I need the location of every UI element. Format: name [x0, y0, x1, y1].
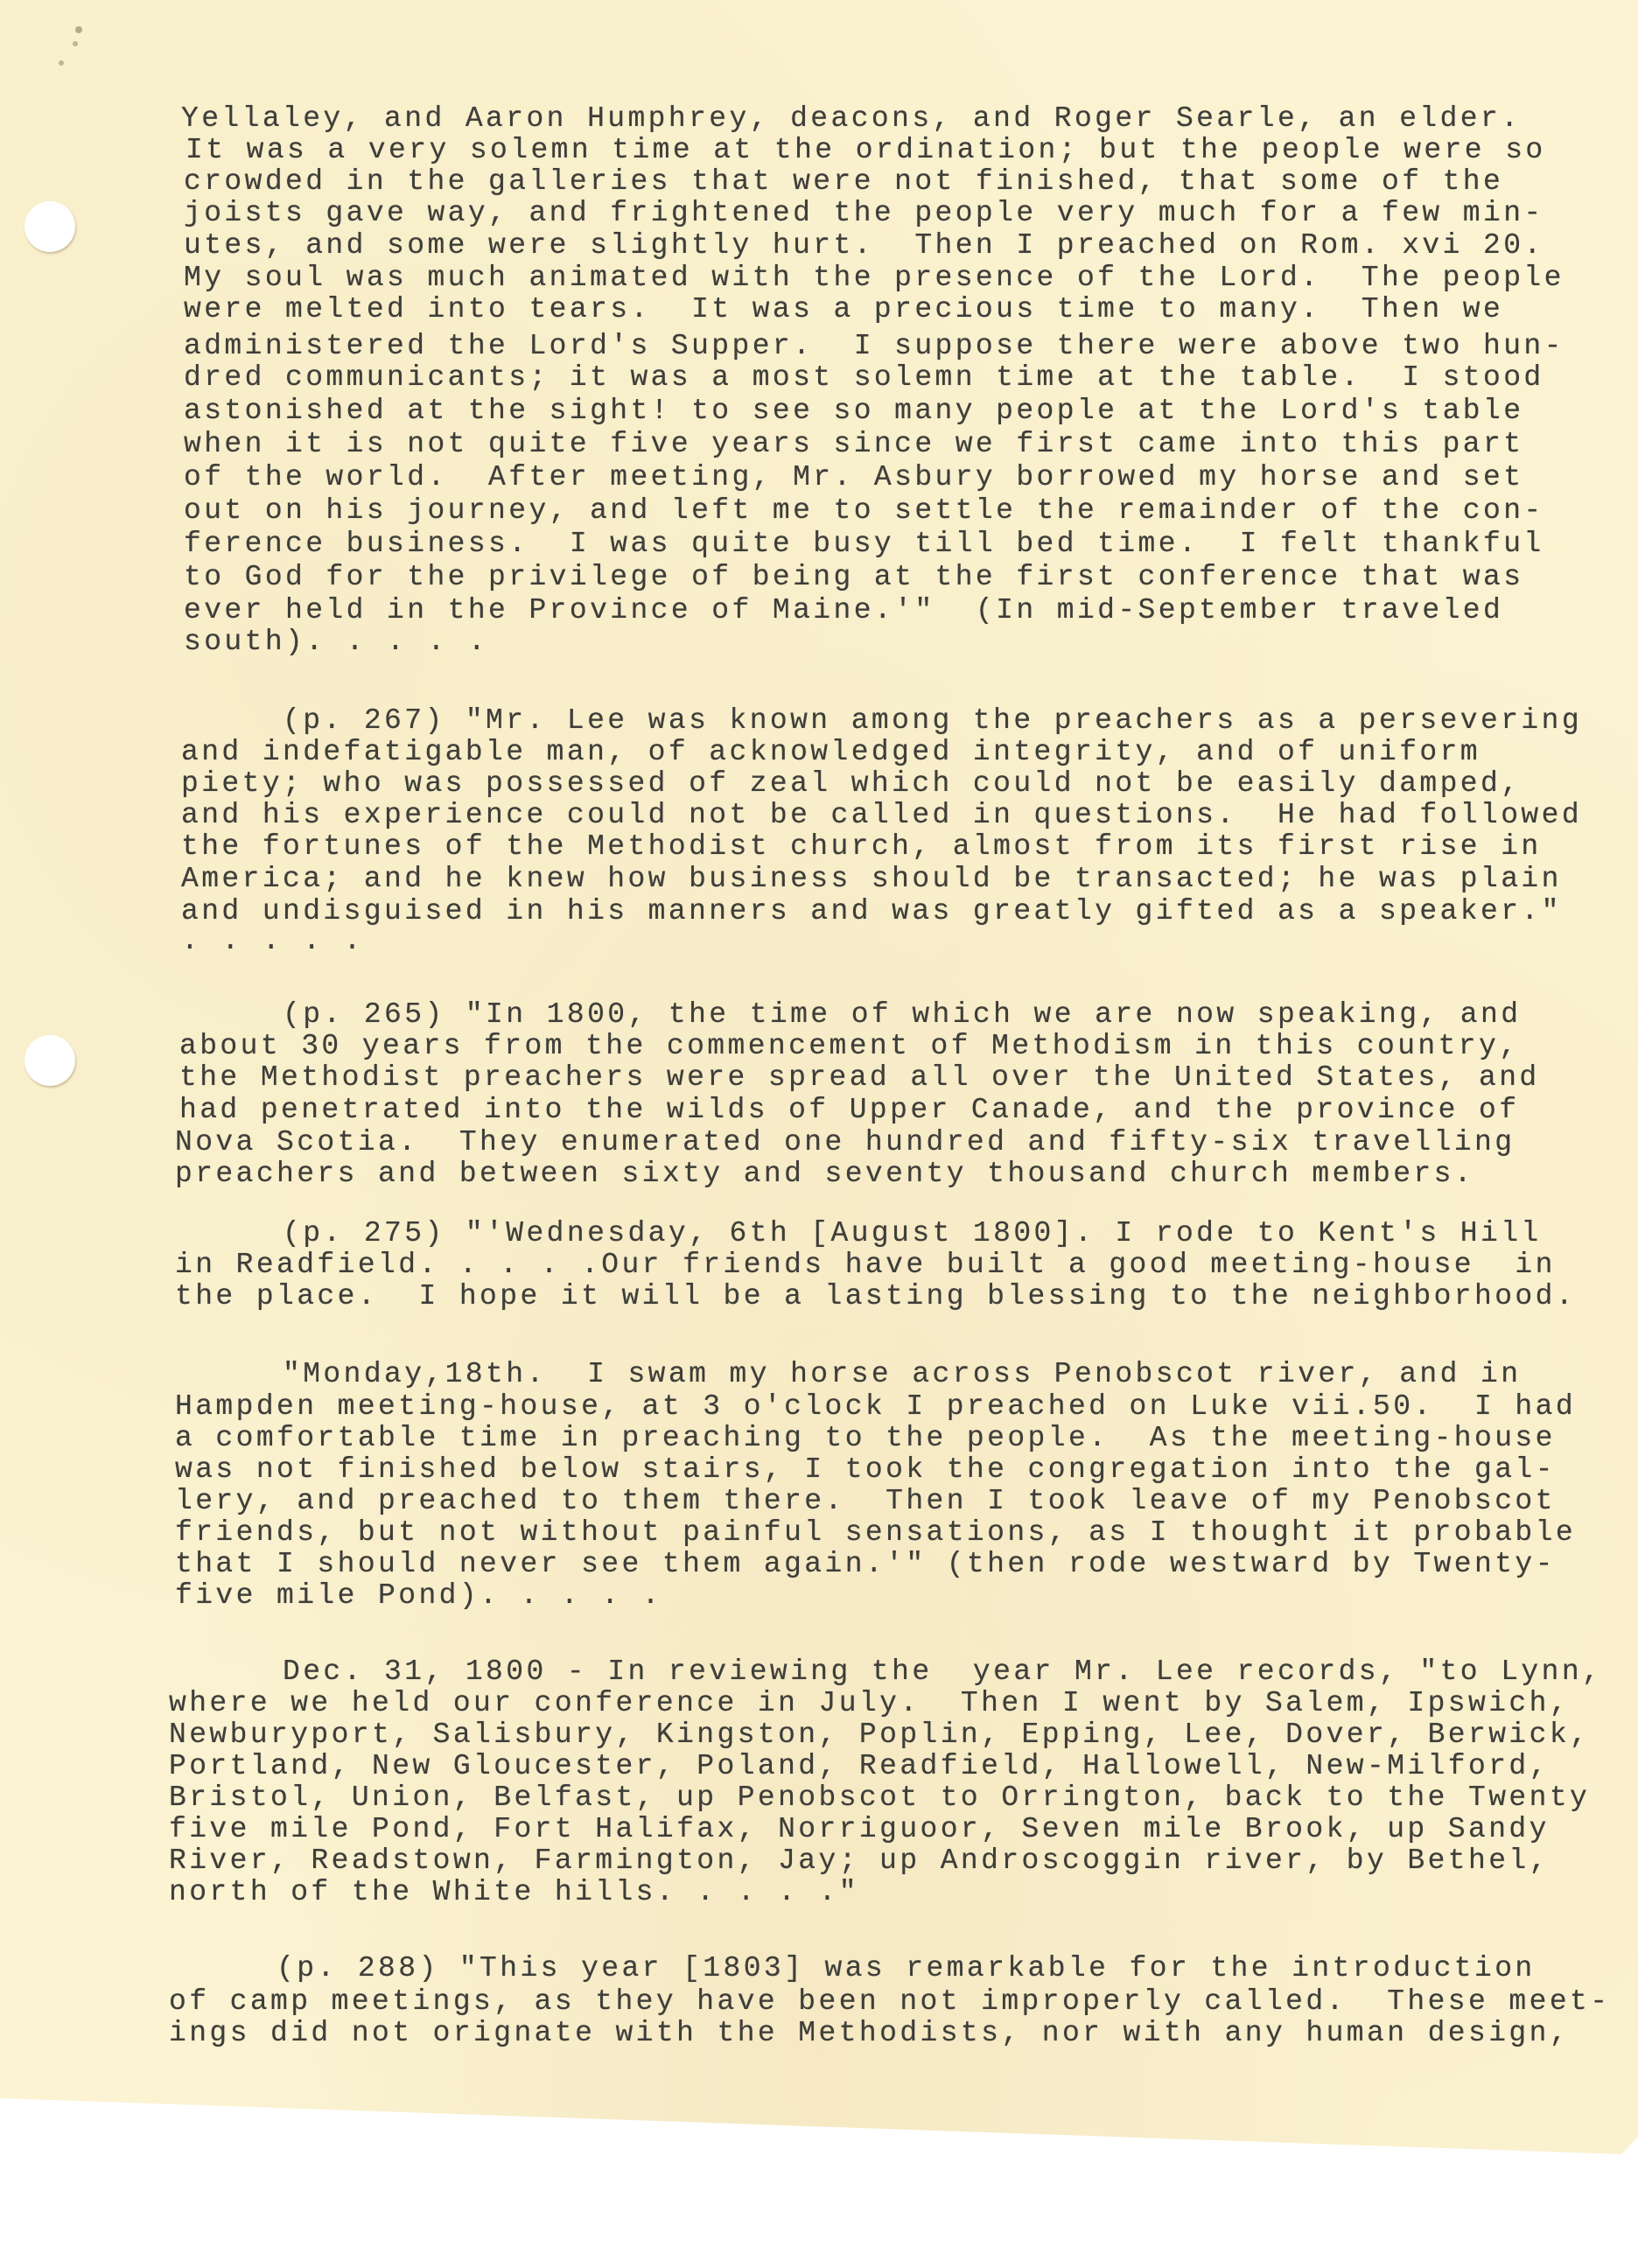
- text-line: Newburyport, Salisbury, Kingston, Poplin…: [169, 1719, 1590, 1751]
- text-line: and his experience could not be called i…: [181, 800, 1582, 831]
- text-line: where we held our conference in July. Th…: [169, 1688, 1570, 1719]
- text-line: dred communicants; it was a most solemn …: [184, 362, 1544, 394]
- text-line: piety; who was possessed of zeal which c…: [181, 768, 1521, 800]
- text-line: joists gave way, and frightened the peop…: [184, 198, 1544, 229]
- document-body: Yellaley, and Aaron Humphrey, deacons, a…: [0, 0, 1638, 2154]
- text-line: and undisguised in his manners and was g…: [181, 896, 1562, 927]
- text-line: ings did not orignate with the Methodist…: [169, 2018, 1570, 2049]
- text-line: River, Readstown, Farmington, Jay; up An…: [169, 1845, 1550, 1877]
- text-line: crowded in the galleries that were not f…: [184, 166, 1503, 198]
- text-line: Dec. 31, 1800 - In reviewing the year Mr…: [181, 1656, 1602, 1688]
- text-line: to God for the privilege of being at the…: [184, 562, 1523, 593]
- text-line: preachers and between sixty and seventy …: [175, 1158, 1474, 1190]
- text-line: Yellaley, and Aaron Humphrey, deacons, a…: [181, 103, 1521, 135]
- text-line: south). . . . .: [184, 626, 488, 658]
- text-line: (p. 275) "'Wednesday, 6th [August 1800].…: [181, 1218, 1542, 1249]
- text-line: It was a very solemn time at the ordinat…: [185, 135, 1546, 166]
- text-line: the place. I hope it will be a lasting b…: [175, 1281, 1576, 1312]
- text-line: when it is not quite five years since we…: [184, 429, 1523, 460]
- text-line: (p. 267) "Mr. Lee was known among the pr…: [181, 705, 1582, 737]
- text-line: astonished at the sight! to see so many …: [184, 395, 1523, 427]
- text-line: lery, and preached to them there. Then I…: [175, 1486, 1556, 1517]
- text-line: My soul was much animated with the prese…: [184, 262, 1564, 294]
- text-line: were melted into tears. It was a preciou…: [184, 294, 1503, 325]
- text-line: Bristol, Union, Belfast, up Penobscot to…: [169, 1782, 1590, 1814]
- text-line: friends, but not without painful sensati…: [175, 1517, 1576, 1549]
- text-line: in Readfield. . . . .Our friends have bu…: [175, 1249, 1556, 1281]
- text-line: of camp meetings, as they have been not …: [169, 1986, 1610, 2018]
- text-line: that I should never see them again.'" (t…: [175, 1549, 1556, 1580]
- text-line: a comfortable time in preaching to the p…: [175, 1423, 1556, 1454]
- text-line: and indefatigable man, of acknowledged i…: [181, 737, 1480, 768]
- text-line: administered the Lord's Supper. I suppos…: [184, 331, 1564, 362]
- text-line: five mile Pond, Fort Halifax, Norriguoor…: [169, 1814, 1550, 1845]
- text-line: "Monday,18th. I swam my horse across Pen…: [181, 1359, 1521, 1390]
- text-line: Hampden meeting-house, at 3 o'clock I pr…: [175, 1391, 1576, 1423]
- text-line: (p. 288) "This year [1803] was remarkabl…: [175, 1953, 1536, 1984]
- text-line: north of the White hills. . . . .": [169, 1877, 859, 1908]
- text-line: America; and he knew how business should…: [181, 864, 1562, 895]
- text-line: Portland, New Gloucester, Poland, Readfi…: [169, 1751, 1550, 1782]
- text-line: out on his journey, and left me to settl…: [184, 495, 1544, 527]
- text-line: . . . . .: [181, 926, 364, 957]
- text-line: (p. 265) "In 1800, the time of which we …: [181, 999, 1521, 1031]
- text-line: ference business. I was quite busy till …: [184, 528, 1544, 560]
- text-line: of the world. After meeting, Mr. Asbury …: [184, 462, 1523, 493]
- text-line: utes, and some were slightly hurt. Then …: [184, 230, 1544, 262]
- text-line: the fortunes of the Methodist church, al…: [181, 831, 1542, 863]
- text-line: about 30 years from the commencement of …: [179, 1031, 1519, 1062]
- text-line: ever held in the Province of Maine.'" (I…: [184, 595, 1503, 626]
- text-line: five mile Pond). . . . .: [175, 1580, 662, 1612]
- text-line: had penetrated into the wilds of Upper C…: [179, 1095, 1519, 1126]
- text-line: was not finished below stairs, I took th…: [175, 1454, 1556, 1486]
- text-line: Nova Scotia. They enumerated one hundred…: [175, 1127, 1515, 1158]
- text-line: the Methodist preachers were spread all …: [179, 1062, 1540, 1094]
